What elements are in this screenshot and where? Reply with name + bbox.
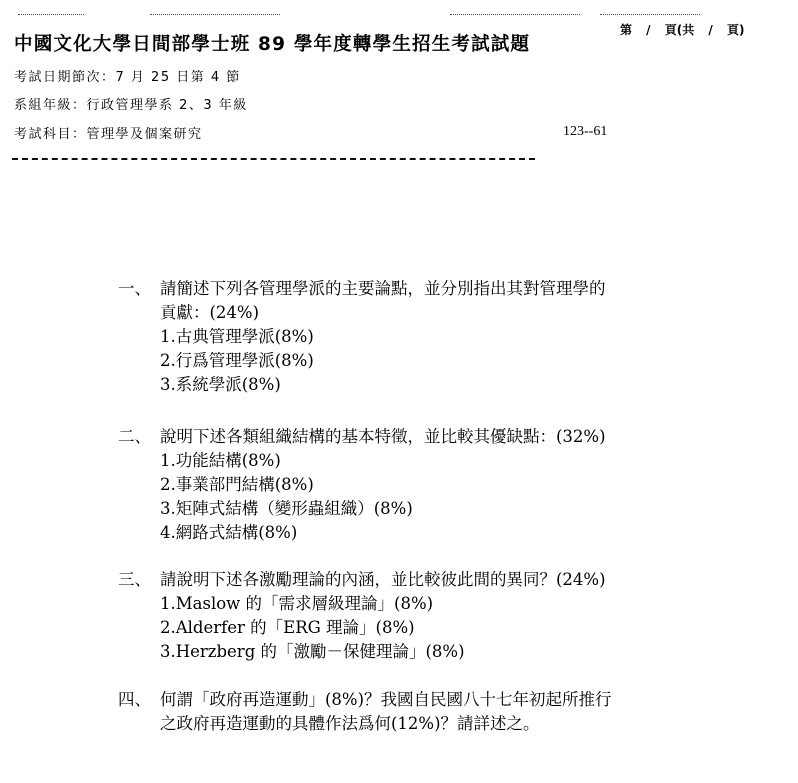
question-text: 何謂「政府再造運動」(8%)？我國自民國八十七年初起所推行 xyxy=(160,690,612,709)
subject-value: 管理學及個案研究 xyxy=(87,127,203,142)
question-item: 1.古典管理學派(8%) xyxy=(118,325,606,349)
question-4: 四、何謂「政府再造運動」(8%)？我國自民國八十七年初起所推行 之政府再造運動的… xyxy=(118,688,612,736)
question-item: 1.功能結構(8%) xyxy=(118,449,606,473)
department-value: 行政管理學系 2、3 年級 xyxy=(87,98,248,113)
question-item: 1.Maslow 的「需求層級理論」(8%) xyxy=(118,592,606,616)
question-text: 說明下述各類組織結構的基本特徵，並比較其優缺點：(32%) xyxy=(160,427,606,446)
question-1: 一、請簡述下列各管理學派的主要論點，並分別指出其對管理學的 貢獻：(24%) 1… xyxy=(118,277,606,397)
scan-artifact xyxy=(450,14,580,15)
department-label: 系組年級： xyxy=(14,98,87,113)
question-item: 3.系統學派(8%) xyxy=(118,373,606,397)
scan-artifact xyxy=(18,14,84,15)
scan-artifact xyxy=(150,14,280,15)
question-item: 2.事業部門結構(8%) xyxy=(118,473,606,497)
question-text-cont: 貢獻：(24%) xyxy=(118,301,606,325)
exam-date-value: 7 月 25 日第 4 節 xyxy=(116,70,241,85)
question-text: 請說明下述各激勵理論的內涵，並比較彼此間的異同？(24%) xyxy=(160,570,606,589)
subject-label: 考試科目： xyxy=(14,127,87,142)
scan-artifact xyxy=(600,14,700,15)
question-3: 三、請說明下述各激勵理論的內涵，並比較彼此間的異同？(24%) 1.Maslow… xyxy=(118,568,606,664)
question-number: 二、 xyxy=(118,425,160,449)
question-item: 2.行爲管理學派(8%) xyxy=(118,349,606,373)
department-row: 系組年級：行政管理學系 2、3 年級 xyxy=(14,94,248,113)
question-2: 二、說明下述各類組織結構的基本特徵，並比較其優缺點：(32%) 1.功能結構(8… xyxy=(118,425,606,545)
question-text-cont: 之政府再造運動的具體作法爲何(12%)？請詳述之。 xyxy=(118,712,612,736)
question-item: 3.Herzberg 的「激勵－保健理論」(8%) xyxy=(118,640,606,664)
page-info: 第 / 頁(共 / 頁) xyxy=(620,21,744,38)
subject-row: 考試科目：管理學及個案研究 xyxy=(14,123,203,142)
header-divider xyxy=(12,158,535,160)
question-text: 請簡述下列各管理學派的主要論點，並分別指出其對管理學的 xyxy=(160,279,606,298)
exam-date-row: 考試日期節次：7 月 25 日第 4 節 xyxy=(14,66,241,85)
exam-date-label: 考試日期節次： xyxy=(14,70,116,85)
exam-title: 中國文化大學日間部學士班 89 學年度轉學生招生考試試題 xyxy=(14,30,530,56)
question-number: 三、 xyxy=(118,568,160,592)
question-item: 2.Alderfer 的「ERG 理論」(8%) xyxy=(118,616,606,640)
question-number: 一、 xyxy=(118,277,160,301)
question-item: 4.網路式結構(8%) xyxy=(118,521,606,545)
exam-code: 123--61 xyxy=(563,124,607,140)
question-item: 3.矩陣式結構（變形蟲組織）(8%) xyxy=(118,497,606,521)
question-number: 四、 xyxy=(118,688,160,712)
